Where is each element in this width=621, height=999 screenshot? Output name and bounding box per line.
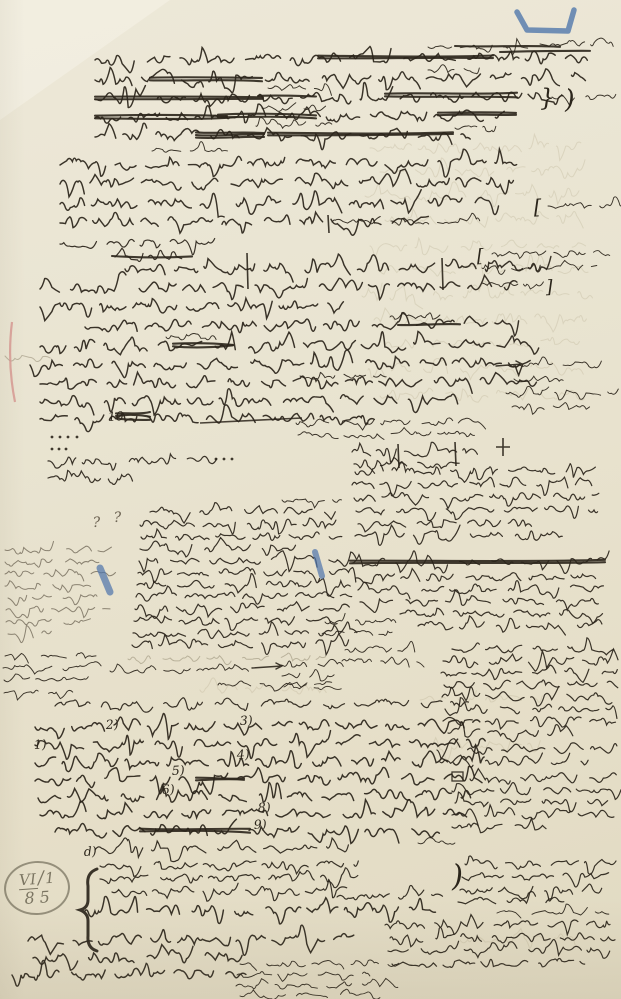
legible-token-text: ? <box>92 515 101 531</box>
handwriting-line <box>460 929 575 949</box>
handwriting-line <box>462 873 609 887</box>
handwriting-line <box>35 713 480 739</box>
handwriting-line <box>360 590 598 613</box>
handwriting-line <box>140 518 336 534</box>
handwriting-line <box>40 405 374 432</box>
manuscript-canvas: 1)2)3)4)5)6)8)9)d)10??))}[[] <box>0 0 621 999</box>
handwriting-line <box>5 559 99 567</box>
strikethrough-line <box>196 132 264 133</box>
strikethrough-line <box>318 56 493 57</box>
handwriting-line <box>12 960 246 986</box>
legible-token-text: ] <box>544 277 554 298</box>
strikethrough-line <box>95 115 227 116</box>
handwriting-block-bottom-left-block <box>12 925 354 986</box>
handwriting-block-paragraph-4 <box>30 313 539 432</box>
handwriting-line <box>6 619 90 626</box>
handwriting-line <box>460 884 602 901</box>
ellipsis-dot <box>67 436 70 439</box>
handwriting-line <box>48 454 217 470</box>
handwriting-line <box>508 357 601 368</box>
legible-token-text: 1) <box>33 736 47 752</box>
handwriting-line <box>497 904 609 918</box>
handwriting-line <box>35 746 484 771</box>
stamp-number: 1 <box>44 868 55 887</box>
handwriting-line <box>141 529 342 540</box>
strikethrough-line <box>196 779 244 780</box>
legible-token-text: d) <box>83 843 97 859</box>
handwriting-line <box>392 958 585 967</box>
handwriting-block-left-margin-word <box>5 355 50 361</box>
handwriting-block-right-column-3 <box>418 769 621 845</box>
handwriting-line <box>358 519 532 531</box>
handwriting-line <box>95 47 587 73</box>
handwriting-line <box>352 442 477 462</box>
ellipsis-dot <box>65 448 68 451</box>
handwriting-line <box>60 212 428 235</box>
handwriting-line <box>240 960 399 970</box>
strikethrough-line <box>350 562 605 563</box>
legible-token-text: [ <box>476 246 485 267</box>
handwriting-line <box>262 103 326 112</box>
handwriting-line <box>112 880 347 902</box>
vertical-divider-mark <box>247 253 248 289</box>
legible-token-text: 5) <box>171 762 185 778</box>
handwriting-block-right-center-column <box>352 461 609 635</box>
handwriting-line <box>418 616 602 635</box>
handwriting-line <box>455 792 608 812</box>
strikethrough-line <box>268 134 453 135</box>
legible-token-text: 8) <box>257 799 271 815</box>
strikethrough-line <box>455 46 560 47</box>
handwriting-line <box>237 972 370 982</box>
handwriting-line <box>512 403 590 415</box>
handwriting-line <box>268 84 332 96</box>
legible-token-text: ) <box>450 858 465 894</box>
handwriting-line <box>4 690 73 700</box>
handwriting-line <box>256 118 332 129</box>
blue-crayon-dash <box>100 568 110 592</box>
handwriting-line <box>35 766 482 794</box>
handwriting-line <box>428 65 479 74</box>
handwriting-block-right-column <box>441 638 618 742</box>
handwriting-line <box>418 838 455 845</box>
strikethrough-line <box>95 118 227 119</box>
handwriting-line <box>465 856 616 874</box>
vertical-divider-mark <box>455 442 456 466</box>
stamp-year: 85 <box>20 888 55 907</box>
cross-mark <box>496 438 510 456</box>
handwriting-line <box>6 606 110 618</box>
handwriting-line <box>33 945 242 971</box>
handwriting-line <box>40 331 539 354</box>
handwriting-block-bottom-small-block <box>236 960 399 999</box>
strikethrough-line <box>385 96 517 97</box>
legible-token-text: ) <box>563 84 576 115</box>
handwriting-line <box>390 313 440 319</box>
handwriting-line <box>38 783 471 803</box>
handwriting-line <box>40 800 467 819</box>
strikethrough-line <box>196 137 264 138</box>
handwriting-line <box>443 649 618 671</box>
ellipsis-dot <box>59 436 62 439</box>
ellipsis-dot <box>51 436 54 439</box>
handwriting-block-left-short-lines <box>48 454 217 484</box>
handwriting-line <box>152 142 228 153</box>
legible-token-text: [ <box>533 195 542 219</box>
handwriting-line <box>452 818 546 832</box>
handwriting-block-center-column-insert <box>282 499 342 508</box>
handwriting-block-mid-top-lines <box>296 418 486 439</box>
vertical-divider-mark <box>398 444 399 468</box>
handwriting-line <box>390 927 615 946</box>
handwriting-line <box>345 641 415 652</box>
strikethrough-line <box>438 112 516 113</box>
handwriting-line <box>110 664 249 674</box>
handwriting-line <box>540 38 613 46</box>
strikethrough-line <box>218 117 316 119</box>
handwriting-line <box>342 657 424 667</box>
handwriting-block-center-pencil-line <box>128 653 326 664</box>
handwriting-line <box>60 169 513 197</box>
handwriting-line <box>133 622 357 639</box>
handwriting-line <box>280 659 343 667</box>
handwriting-line <box>100 861 358 876</box>
handwriting-line <box>358 581 603 599</box>
handwriting-line <box>356 569 596 584</box>
strikethrough-line <box>218 114 316 116</box>
handwriting-line <box>282 670 334 681</box>
handwriting-line <box>325 613 396 624</box>
legible-token-text: } <box>539 83 556 112</box>
handwriting-line <box>4 674 88 682</box>
handwriting-block-paragraph-2 <box>60 149 517 255</box>
handwriting-line <box>3 662 101 674</box>
strikethrough-line <box>385 93 517 94</box>
handwriting-line <box>5 355 50 361</box>
handwriting-line <box>282 499 342 508</box>
strikethrough-line <box>438 114 516 115</box>
ellipsis-dot <box>58 448 61 451</box>
handwriting-line <box>370 134 581 160</box>
handwriting-line <box>134 616 337 630</box>
blue-crayon-dash <box>315 552 322 576</box>
handwriting-line <box>455 126 496 132</box>
handwriting-line <box>452 783 621 800</box>
handwriting-block-left-margin-block-2 <box>3 653 101 700</box>
handwriting-line <box>440 753 588 767</box>
handwriting-line <box>60 149 517 177</box>
handwriting-line <box>337 885 443 899</box>
ellipsis-dot <box>76 436 79 439</box>
arrow-icon <box>252 663 282 669</box>
legible-token-text: 4) <box>235 746 250 762</box>
handwriting-line <box>5 653 96 663</box>
legible-token-text: 10 <box>107 408 124 424</box>
handwriting-line <box>452 638 614 655</box>
strikethrough-line <box>150 80 262 81</box>
handwriting-line <box>55 698 468 712</box>
ellipsis-dot <box>215 458 218 461</box>
stamp-roman-numeral: VI <box>18 870 38 890</box>
handwriting-line <box>48 470 133 484</box>
handwriting-block-bottom-brace-block <box>85 838 443 924</box>
handwriting-line <box>40 298 343 320</box>
handwriting-line <box>55 819 439 843</box>
handwriting-line <box>166 333 216 339</box>
red-crayon-margin-line <box>10 322 15 402</box>
strikethrough-line <box>318 58 493 59</box>
strikethrough-line <box>95 96 263 97</box>
handwriting-line <box>374 308 586 332</box>
handwriting-line <box>8 595 97 606</box>
handwriting-line <box>132 634 349 655</box>
handwriting-line <box>40 272 517 300</box>
handwriting-line <box>448 722 573 742</box>
handwriting-block-mid-fragments <box>280 613 424 689</box>
handwriting-line <box>60 239 215 255</box>
handwriting-line <box>5 581 91 593</box>
vertical-divider-mark <box>442 258 443 290</box>
handwriting-block-center-below <box>110 664 332 691</box>
handwriting-line <box>362 281 593 308</box>
legible-token-text: 9) <box>253 816 267 832</box>
handwriting-line <box>8 626 51 643</box>
strikethrough-line <box>140 829 250 830</box>
handwriting-line <box>95 83 563 108</box>
legible-token-text: 2) <box>104 716 119 732</box>
handwriting-line <box>5 541 112 554</box>
handwriting-block-bottom-right-2 <box>385 915 615 968</box>
handwriting-line <box>136 586 352 604</box>
legible-token-text: ? <box>113 510 122 526</box>
ellipsis-dot <box>223 458 226 461</box>
ellipsis-dot <box>51 448 54 451</box>
handwriting-line <box>150 503 335 523</box>
strikethrough-line <box>268 132 453 133</box>
manuscript-page: 1)2)3)4)5)6)8)9)d)10??))}[[] VI/1 85 <box>0 0 621 999</box>
legible-token-text: 6) <box>161 781 175 797</box>
handwriting-block-left-margin-pencil-block <box>5 541 116 642</box>
strikethrough-line <box>140 831 250 833</box>
handwriting-line <box>443 717 616 729</box>
curly-brace-mark <box>80 869 97 951</box>
handwriting-line <box>236 978 398 989</box>
handwriting-line <box>95 838 348 862</box>
strikethrough-line <box>150 77 262 78</box>
handwriting-block-paragraph-3 <box>40 248 551 320</box>
handwriting-block-bottom-right-1 <box>458 856 616 918</box>
strikethrough-marks <box>95 46 605 833</box>
legible-token-text: 3) <box>239 712 253 728</box>
handwriting-line <box>139 551 356 572</box>
handwriting-line <box>354 458 459 474</box>
handwriting-line <box>115 248 182 261</box>
handwriting-line <box>298 428 475 440</box>
handwriting-line <box>200 678 326 694</box>
handwriting-line <box>240 989 380 999</box>
handwriting-line <box>356 506 598 521</box>
ellipsis-dot <box>231 458 234 461</box>
strikethrough-line <box>398 324 460 325</box>
handwriting-line <box>355 525 562 545</box>
handwriting-line <box>441 665 617 682</box>
handwriting-block-mid-right-pair <box>352 442 477 473</box>
handwriting-line <box>128 653 326 664</box>
blue-crayon-bracket <box>517 10 574 31</box>
strikethrough-line <box>500 51 590 52</box>
vertical-divider-mark <box>328 215 329 233</box>
handwriting-line <box>385 915 610 935</box>
handwriting-line <box>135 602 349 619</box>
strikethrough-line <box>173 345 233 347</box>
handwriting-line <box>30 350 530 378</box>
strikethrough-line <box>350 560 605 561</box>
handwriting-line <box>137 574 350 597</box>
handwriting-block-right-column-2 <box>437 739 617 767</box>
handwriting-line <box>85 896 436 923</box>
handwriting-line <box>445 698 617 719</box>
handwriting-line <box>385 209 583 228</box>
handwriting-line <box>355 461 595 483</box>
strikethrough-line <box>95 99 263 100</box>
handwriting-line <box>470 769 616 784</box>
handwriting-line <box>60 190 499 217</box>
strikethrough-line <box>258 96 316 97</box>
